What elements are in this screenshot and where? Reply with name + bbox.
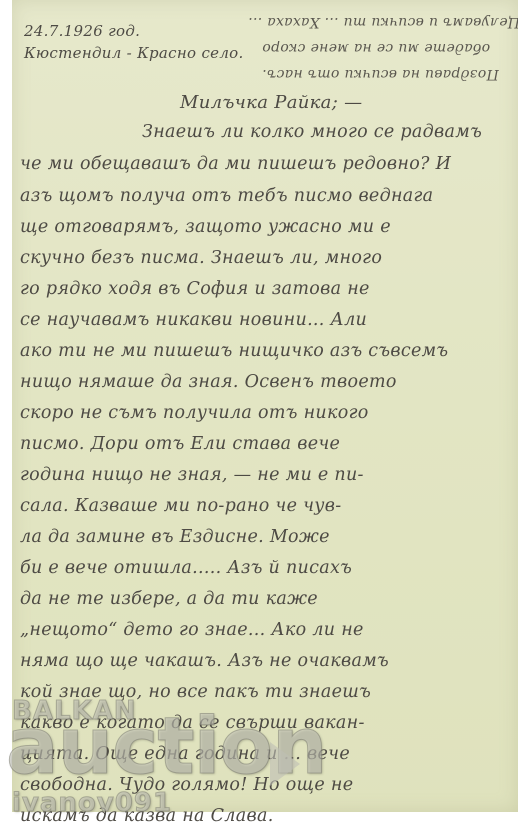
body-line: азъ щомъ получа отъ тебъ писмо веднага: [20, 186, 433, 206]
body-line: скоро не съмъ получила отъ никого: [20, 403, 369, 423]
body-line: да не те избере, а да ти каже: [20, 589, 318, 609]
postscript-line: Поздрави на всички отъ насъ.: [262, 66, 499, 82]
letter-place: Кюстендил - Красно село.: [24, 44, 244, 62]
body-line: няма що ще чакашъ. Азъ не очаквамъ: [20, 651, 389, 671]
body-line: година нищо не зная, — не ми е пи-: [20, 465, 364, 485]
postscript-line: Целувамъ и всички ти ... Хахаха ...: [248, 14, 518, 30]
body-line: писмо. Дори отъ Ели става вече: [20, 434, 340, 454]
body-line: би е вече отишла..... Азъ й писахъ: [20, 558, 352, 578]
body-line: ако ти не ми пишешъ нищичко азъ съвсемъ: [20, 341, 448, 361]
body-line: ще отговарямъ, защото ужасно ми е: [20, 217, 391, 237]
body-line: скучно безъ писма. Знаешъ ли, много: [20, 248, 382, 268]
play-icon: [270, 742, 300, 786]
body-line: че ми обещавашъ да ми пишешъ редовно? И: [20, 154, 451, 174]
body-line: „нещото“ дето го знае... Ако ли не: [20, 620, 364, 640]
body-line: сала. Казваше ми по-рано че чув-: [20, 496, 341, 516]
watermark-seller: ivanov091: [12, 788, 172, 818]
salutation: Милъчка Райка; —: [180, 92, 362, 113]
body-line: го рядко ходя въ София и затова не: [20, 279, 370, 299]
letter-date: 24.7.1926 год.: [24, 22, 140, 40]
body-line: се научавамъ никакви новини... Али: [20, 310, 367, 330]
body-line: нищо нямаше да зная. Освенъ твоето: [20, 372, 397, 392]
body-line: Знаешъ ли колко много се радвамъ: [142, 122, 482, 142]
body-line: ла да замине въ Ездисне. Може: [20, 527, 330, 547]
postscript-line: обадете ми се на мене скоро: [262, 40, 490, 56]
